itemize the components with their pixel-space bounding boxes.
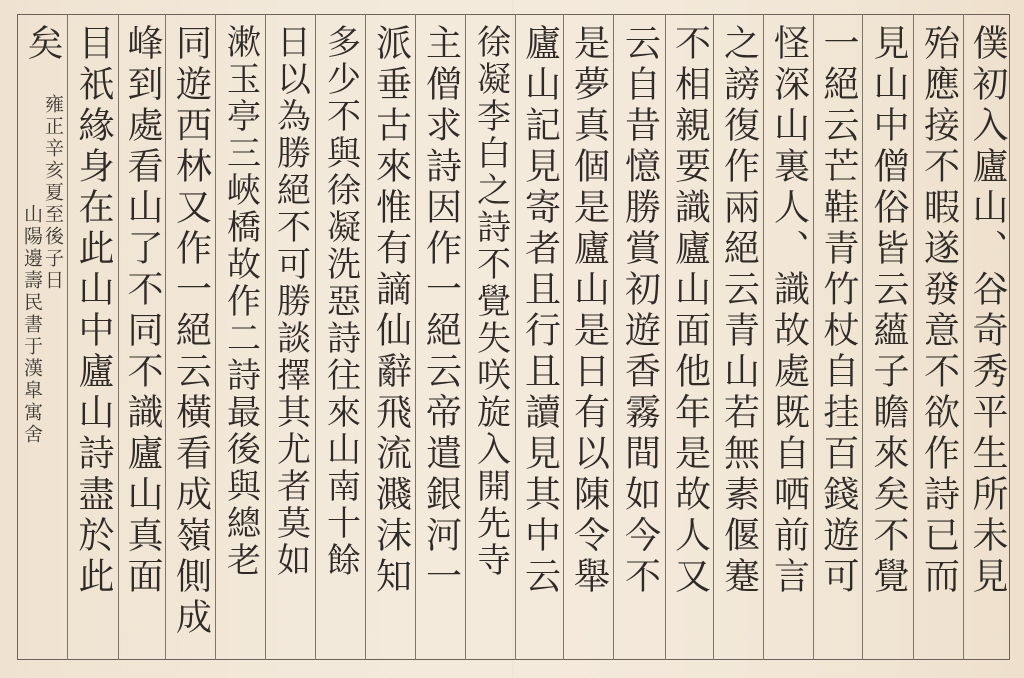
- column-text: 派垂古來惟有謫仙辭飛流濺沫知: [373, 24, 409, 598]
- column-5: 怪深山裏人、識故處既自哂前言: [763, 14, 813, 660]
- column-text: 主僧求詩因作一絕云帝遣銀河一: [423, 24, 459, 598]
- column-15: 日以為勝絕不可勝談擇其尤者莫如: [265, 14, 315, 660]
- column-13: 派垂古來惟有謫仙辭飛流濺沫知: [365, 14, 415, 660]
- column-text: 日以為勝絕不可勝談擇其尤者莫如: [274, 24, 308, 579]
- column-text: 殆應接不暇遂發意不欲作詩已而: [921, 24, 957, 598]
- column-14: 多少不與徐凝洗惡詩往來山南十餘: [315, 14, 365, 660]
- column-1: 僕初入廬山、谷奇秀平生所未見: [963, 14, 1010, 660]
- column-text: 目祇緣身在此山中廬山詩盡於此: [75, 24, 111, 598]
- column-12: 主僧求詩因作一絕云帝遣銀河一: [415, 14, 465, 660]
- column-text: 一絕云芒鞋青竹杖自挂百錢遊可: [820, 24, 856, 598]
- column-text: 云自昔憶勝賞初遊香霧間如今不: [622, 24, 658, 598]
- text-columns: 僕初入廬山、谷奇秀平生所未見 殆應接不暇遂發意不欲作詩已而 見山中僧俗皆云蘊子瞻…: [17, 14, 1010, 660]
- column-11: 徐凝李白之詩不覺失咲旋入開先寺: [465, 14, 515, 660]
- column-text: 同遊西林又作一絕云橫看成嶺側成: [173, 24, 209, 639]
- column-text: 不相親要識廬山面他年是故人又: [672, 24, 708, 598]
- column-text: 是夢真個是廬山是日有以陳令舉: [571, 24, 607, 598]
- column-18: 峰到處看山了不同不識廬山真面: [118, 14, 165, 660]
- column-17: 同遊西林又作一絕云橫看成嶺側成: [165, 14, 215, 660]
- column-text: 見山中僧俗皆云蘊子瞻來矣不覺: [870, 24, 906, 598]
- column-text: 之謗復作兩絕云青山若無素偃蹇: [721, 24, 757, 598]
- colophon-date: 雍正辛亥夏至後子日: [43, 94, 62, 446]
- column-7: 不相親要識廬山面他年是故人又: [665, 14, 713, 660]
- column-text: 漱玉亭三峽橋故作二詩最後與總老: [224, 24, 258, 579]
- column-text: 多少不與徐凝洗惡詩往來山南十餘: [324, 24, 358, 579]
- column-10: 廬山記見寄者且行且讀見其中云: [515, 14, 563, 660]
- column-text: 怪深山裏人、識故處既自哂前言: [771, 24, 807, 598]
- column-2: 殆應接不暇遂發意不欲作詩已而: [913, 14, 963, 660]
- column-text: 峰到處看山了不同不識廬山真面: [124, 24, 160, 598]
- column-20-colophon: 矣 雍正辛亥夏至後子日 山陽邊壽民書于漢皐寓舍: [17, 14, 67, 660]
- column-19: 目祇緣身在此山中廬山詩盡於此: [67, 14, 118, 660]
- colophon: 雍正辛亥夏至後子日 山陽邊壽民書于漢皐寓舍: [17, 14, 67, 446]
- column-text: 廬山記見寄者且行且讀見其中云: [522, 24, 558, 598]
- column-8: 云自昔憶勝賞初遊香霧間如今不: [613, 14, 665, 660]
- colophon-signature: 山陽邊壽民書于漢皐寓舍: [22, 94, 41, 446]
- column-6: 之謗復作兩絕云青山若無素偃蹇: [713, 14, 763, 660]
- column-9: 是夢真個是廬山是日有以陳令舉: [563, 14, 613, 660]
- column-3: 見山中僧俗皆云蘊子瞻來矣不覺: [862, 14, 913, 660]
- column-4: 一絕云芒鞋青竹杖自挂百錢遊可: [813, 14, 862, 660]
- manuscript-page: 僕初入廬山、谷奇秀平生所未見 殆應接不暇遂發意不欲作詩已而 見山中僧俗皆云蘊子瞻…: [0, 0, 1024, 678]
- column-16: 漱玉亭三峽橋故作二詩最後與總老: [215, 14, 265, 660]
- column-text: 徐凝李白之詩不覺失咲旋入開先寺: [474, 24, 508, 579]
- column-text: 僕初入廬山、谷奇秀平生所未見: [969, 24, 1005, 598]
